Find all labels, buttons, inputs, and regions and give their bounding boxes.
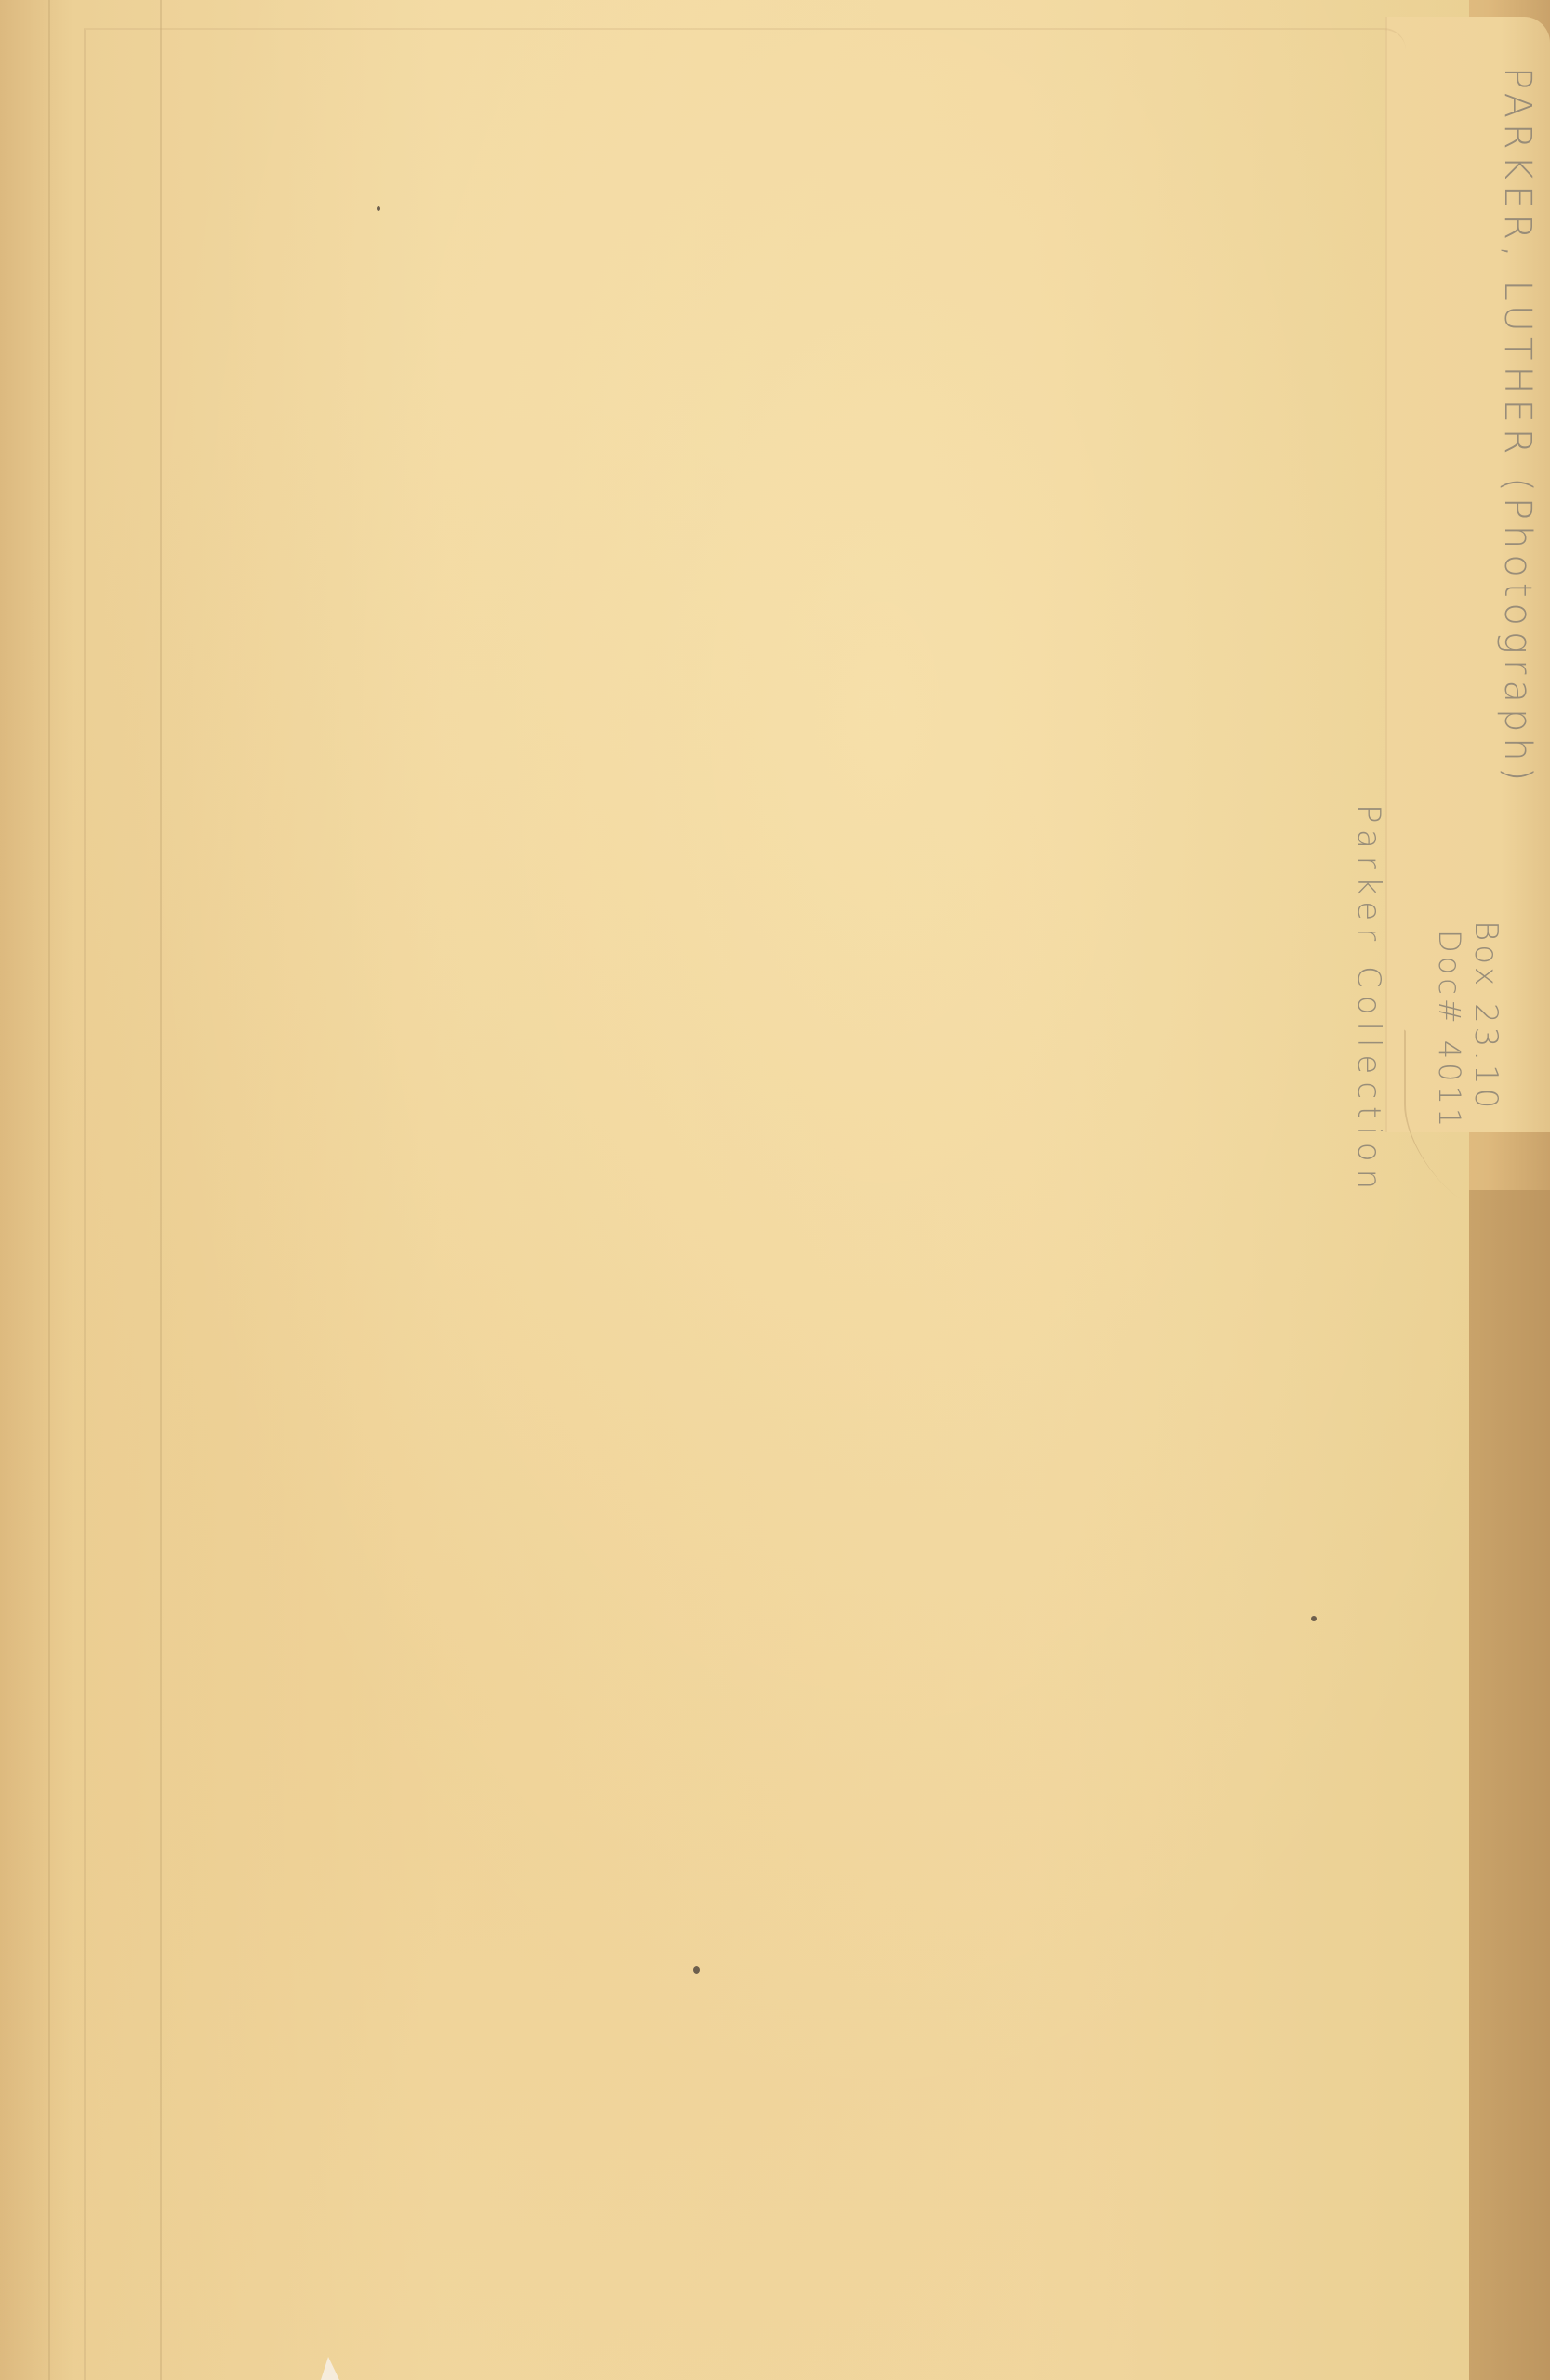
folder-back-edge xyxy=(1469,1190,1550,2380)
collection-label: Parker Collection xyxy=(1350,804,1387,1197)
paper-speck xyxy=(377,206,380,211)
folder-name-label: PARKER, LUTHER (Photograph) xyxy=(1496,67,1539,787)
doc-number-label: Doc# 4011 xyxy=(1432,930,1467,1130)
paper-speck xyxy=(1311,1616,1317,1621)
inner-folder-edge xyxy=(84,28,1406,2380)
fold-line-left-outer xyxy=(48,0,50,2380)
box-number-label: Box 23.10 xyxy=(1467,920,1504,1112)
paper-speck xyxy=(693,1966,700,1974)
